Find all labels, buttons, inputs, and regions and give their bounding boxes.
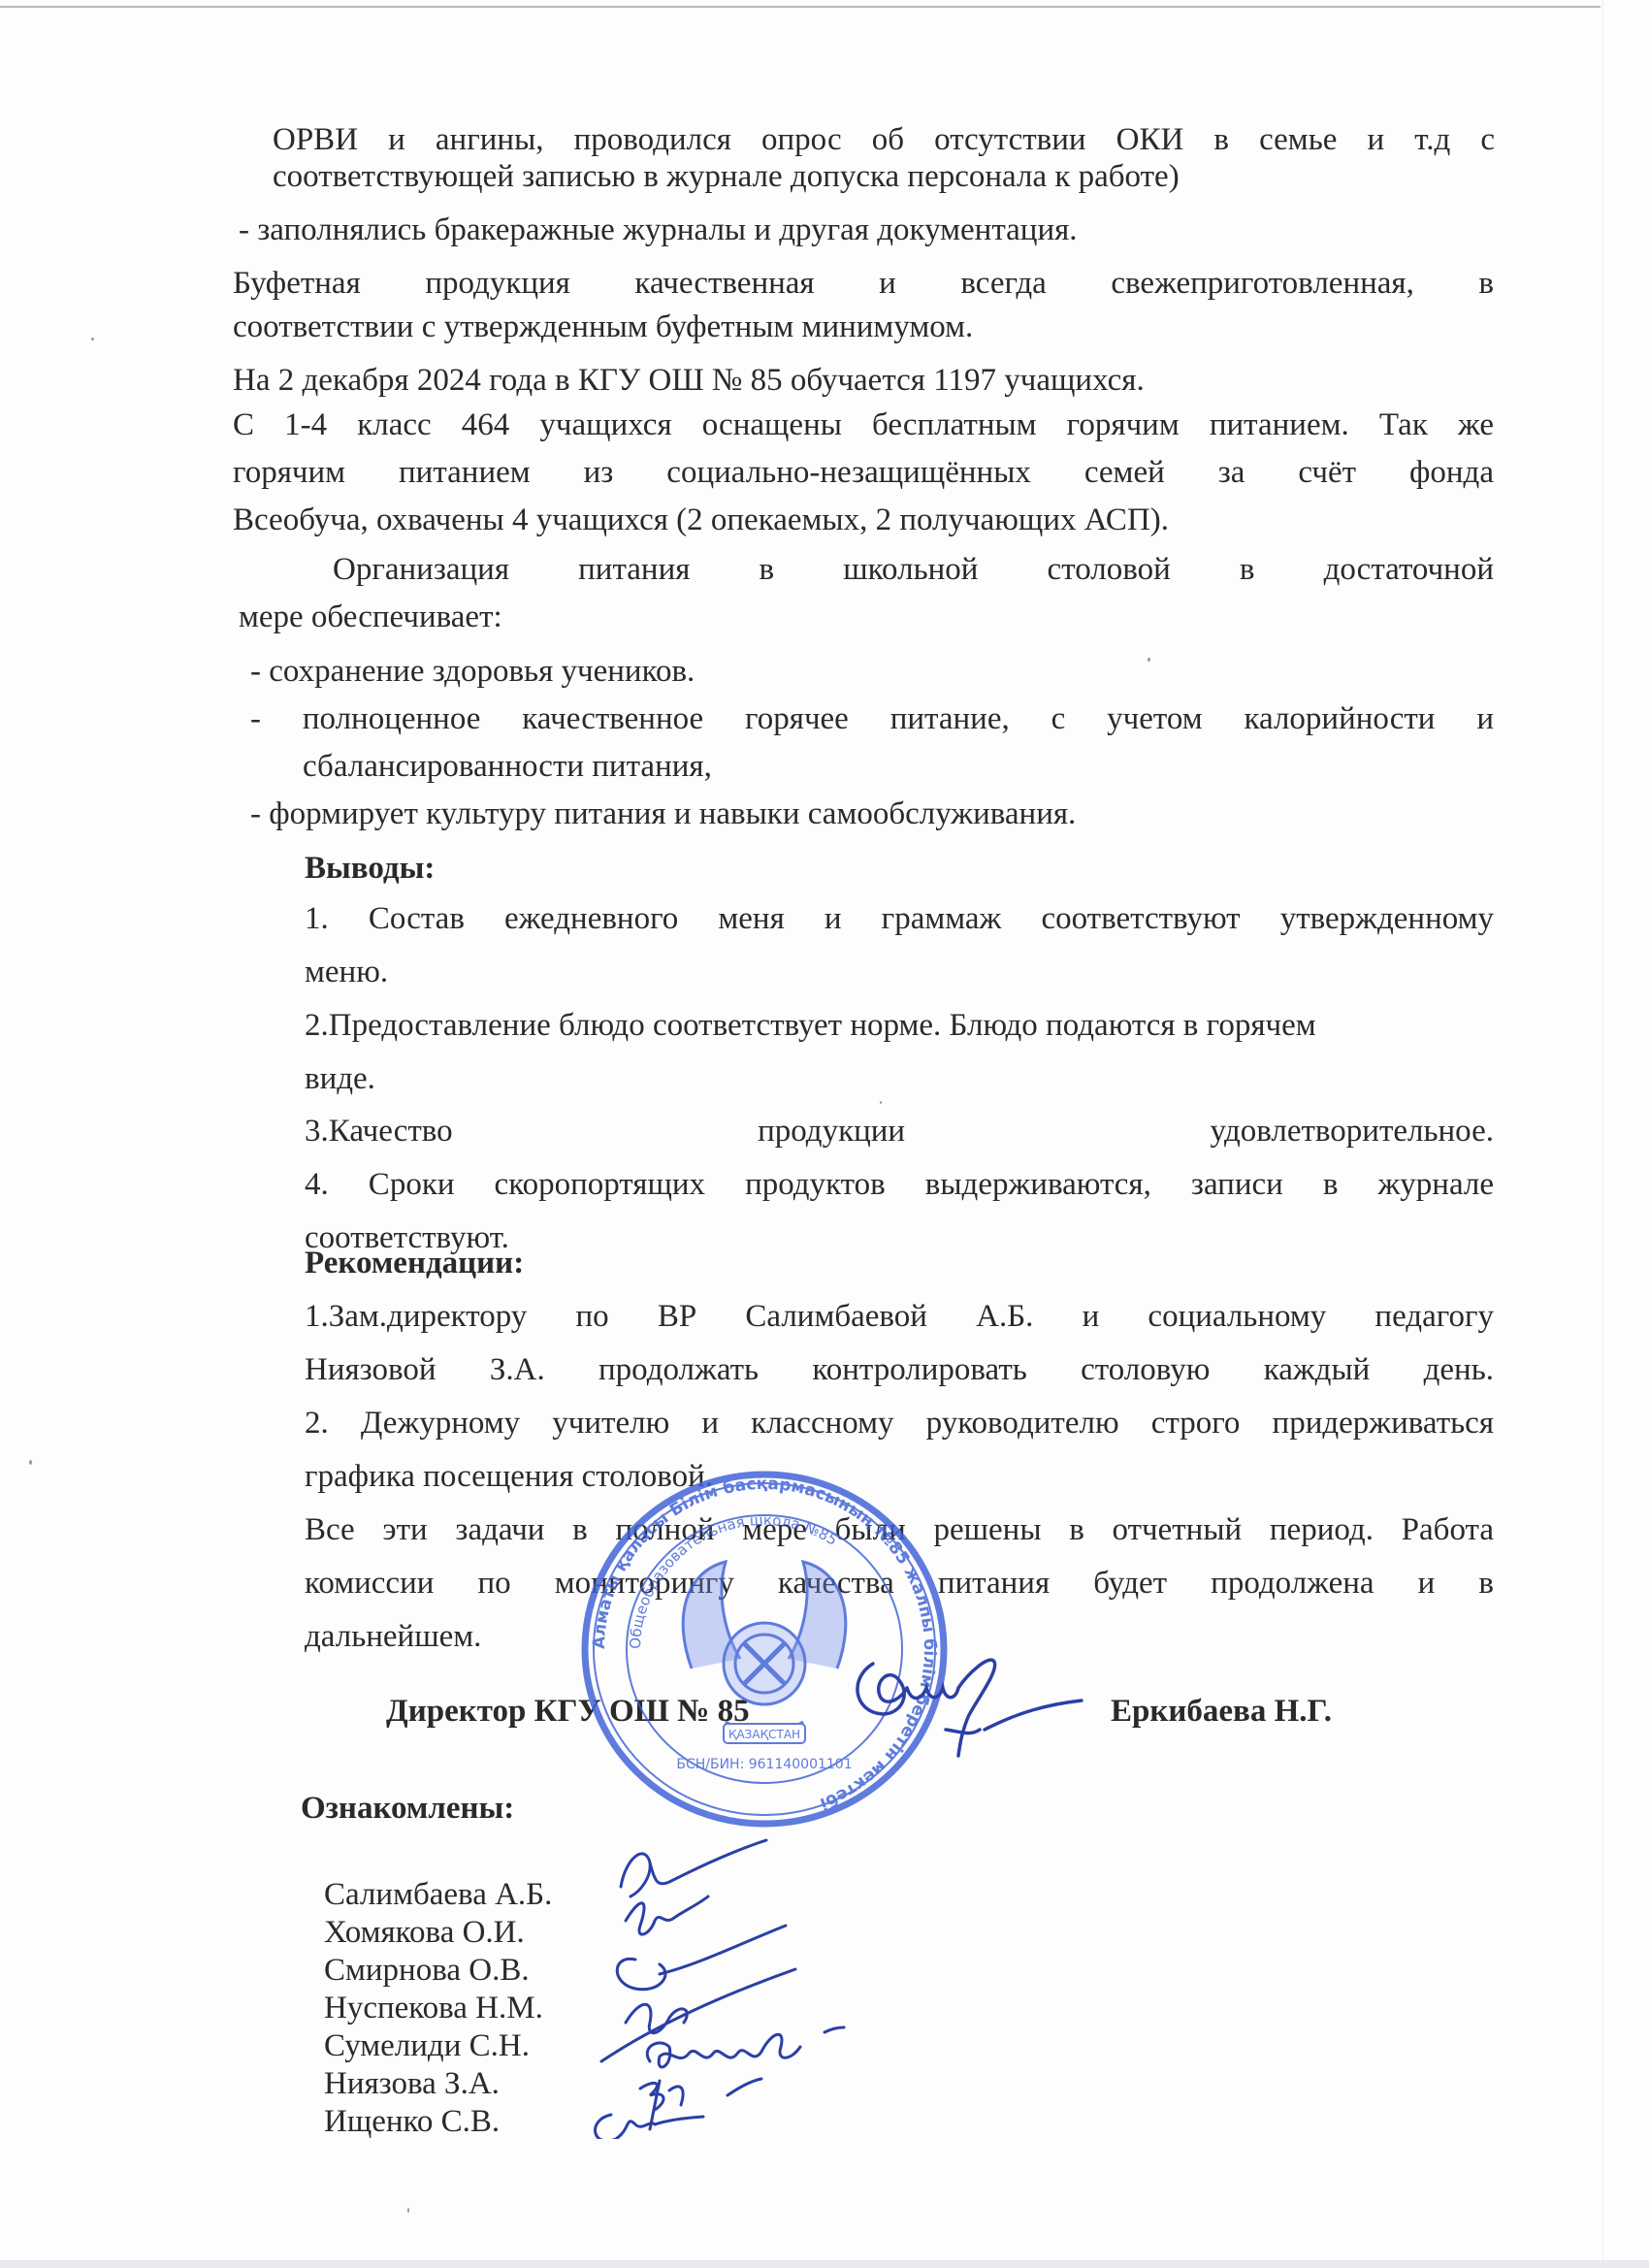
acknowledged-name: Нуспекова Н.М.: [324, 1990, 543, 2026]
organization-bullet-2: - полноценное качественное горячее питан…: [250, 700, 1494, 737]
seal-emblem-icon: [683, 1562, 846, 1733]
scan-page-edge-top: [0, 6, 1600, 8]
acknowledged-name: Хомякова О.И.: [324, 1914, 525, 1951]
enrollment-line: На 2 декабря 2024 года в КГУ ОШ № 85 обу…: [233, 362, 1145, 399]
buffet-line-1: Буфетная продукция качественная и всегда…: [233, 265, 1494, 302]
recommendation-line-2: Ниязовой З.А. продолжать контролировать …: [305, 1351, 1494, 1388]
buffet-line-2: соответствии с утвержденным буфетным мин…: [233, 308, 973, 345]
acknowledged-name: Смирнова О.В.: [324, 1952, 530, 1989]
acknowledged-name: Ниязова З.А.: [324, 2065, 500, 2102]
scan-speck: [407, 2208, 409, 2213]
scan-speck: [91, 338, 94, 340]
acknowledged-name: Салимбаева А.Б.: [324, 1876, 552, 1913]
director-signature: [844, 1644, 1096, 1780]
recommendation-line-1: 1.Зам.директору по ВР Салимбаевой А.Б. и…: [305, 1298, 1494, 1335]
organization-line-2: мере обеспечивает:: [239, 599, 502, 635]
seal-country-text: ҚАЗАҚСТАН: [728, 1728, 800, 1741]
scan-page-edge-bottom: [0, 2260, 1649, 2268]
conclusion-line-1: 1. Состав ежедневного меня и граммаж соо…: [305, 900, 1494, 937]
organization-line-1: Организация питания в школьной столовой …: [333, 551, 1494, 588]
hot-meals-line-3: Всеобуча, охвачены 4 учащихся (2 опекаем…: [233, 502, 1169, 538]
scan-speck: [1148, 658, 1150, 662]
recommendation-line-3: 2. Дежурному учителю и классному руковод…: [305, 1405, 1494, 1442]
organization-bullet-3: - формирует культуру питания и навыки са…: [250, 795, 1076, 832]
intro-line-2: соответствующей записью в журнале допуск…: [273, 158, 1180, 195]
conclusion-line-1-cont: меню.: [305, 954, 388, 990]
organization-bullet-1: - сохранение здоровья учеников.: [250, 653, 695, 690]
intro-line-1: ОРВИ и ангины, проводился опрос об отсут…: [273, 121, 1495, 158]
closing-line-3: дальнейшем.: [305, 1618, 481, 1655]
conclusion-line-2: 2.Предоставление блюдо соответствует нор…: [305, 1007, 1316, 1044]
intro-line-3: - заполнялись бракеражные журналы и друг…: [239, 211, 1078, 248]
recommendations-heading: Рекомендации:: [305, 1245, 524, 1281]
conclusions-heading: Выводы:: [305, 850, 435, 887]
hot-meals-line-1: С 1-4 класс 464 учащихся оснащены беспла…: [233, 406, 1494, 443]
acknowledged-heading: Ознакомлены:: [301, 1790, 514, 1827]
scan-speck: [29, 1460, 32, 1465]
conclusion-line-2-cont: виде.: [305, 1060, 375, 1097]
hot-meals-line-2: горячим питанием из социально-незащищённ…: [233, 454, 1494, 491]
acknowledged-name: Сумелиди С.Н.: [324, 2027, 530, 2064]
scan-page-edge-right: [1602, 0, 1603, 2268]
conclusion-line-3: 3.Качество продукции удовлетворительное.: [305, 1113, 1494, 1150]
acknowledged-name: Ищенко С.В.: [324, 2103, 500, 2140]
seal-bin-text: БСН/БИН: 961140001101: [676, 1757, 852, 1772]
scan-speck: [880, 1101, 882, 1104]
conclusion-line-4: 4. Сроки скоропортящих продуктов выдержи…: [305, 1166, 1494, 1203]
director-name: Еркибаева Н.Г.: [1111, 1693, 1332, 1730]
organization-bullet-2-cont: сбалансированности питания,: [303, 748, 712, 785]
acknowledged-signatures: [582, 1829, 912, 2139]
